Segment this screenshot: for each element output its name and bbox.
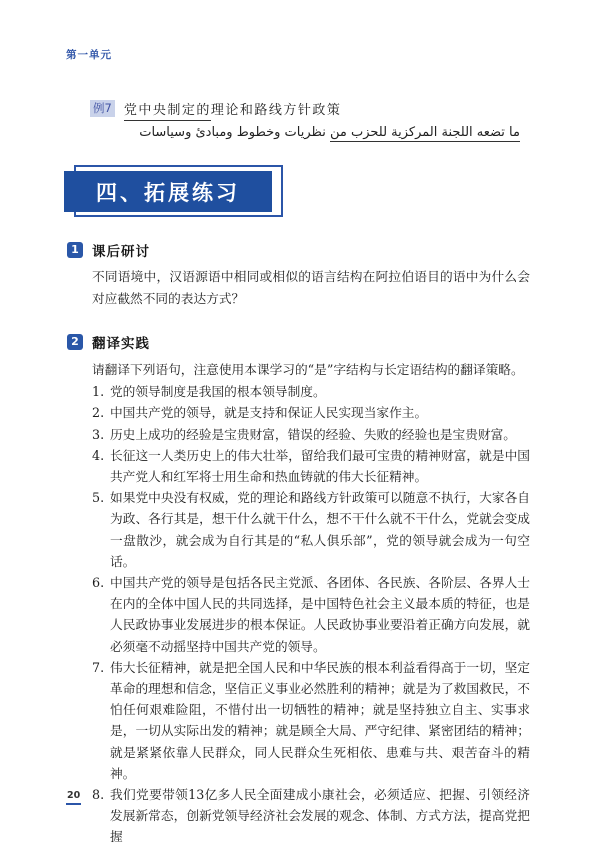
item-number: 3. — [92, 424, 110, 445]
example-chinese-text: 党中央制定的理论和路线方针政策 — [124, 99, 342, 118]
practice-header: 2 翻译实践 — [67, 332, 530, 352]
list-item: 8. 我们党要带领13亿多人民全面建成小康社会，必须适应、把握、引领经济发展新常… — [92, 784, 530, 848]
example-chinese-line: 例7 党中央制定的理论和路线方针政策 — [90, 99, 520, 118]
item-text: 如果党中央没有权威，党的理论和路线方针政策可以随意不执行，大家各自为政、各行其是… — [110, 487, 530, 572]
practice-title: 翻译实践 — [92, 332, 150, 352]
item-number: 7. — [92, 657, 110, 784]
item-number: 4. — [92, 445, 110, 487]
example-chinese-rest: 理论和路线方针政策 — [211, 103, 342, 118]
list-item: 6. 中国共产党的领导是包括各民主党派、各团体、各民族、各阶层、各界人士在内的全… — [92, 572, 530, 657]
item-number: 6. — [92, 572, 110, 657]
item-text: 中国共产党的领导，就是支持和保证人民实现当家作主。 — [110, 402, 530, 423]
example-arabic-line: ما تضعه اللجنة المركزية للحزب من نظريات … — [90, 125, 520, 140]
item-text: 历史上成功的经验是宝贵财富，错误的经验、失败的经验也是宝贵财富。 — [110, 424, 530, 445]
exercise-sections: 1 课后研讨 不同语境中，汉语源语中相同或相似的语言结构在阿拉伯语目的语中为什么… — [67, 240, 530, 848]
practice-number-badge: 2 — [67, 334, 83, 350]
practice-intro: 请翻译下列语句，注意使用本课学习的“是”字结构与长定语结构的翻译策略。 — [92, 359, 530, 380]
list-item: 4. 长征这一人类历史上的伟大壮举，留给我们最可宝贵的精神财富，就是中国共产党人… — [92, 445, 530, 487]
list-item: 7. 伟大长征精神，就是把全国人民和中华民族的根本利益看得高于一切，坚定革命的理… — [92, 657, 530, 784]
discussion-header: 1 课后研讨 — [67, 240, 530, 260]
example-chinese-underlined: 党中央制定的 — [124, 103, 211, 121]
item-text: 中国共产党的领导是包括各民主党派、各团体、各民族、各阶层、各界人士在内的全体中国… — [110, 572, 530, 657]
example-block: 例7 党中央制定的理论和路线方针政策 ما تضعه اللجنة المركز… — [90, 99, 520, 140]
list-item: 5. 如果党中央没有权威，党的理论和路线方针政策可以随意不执行，大家各自为政、各… — [92, 487, 530, 572]
item-number: 8. — [92, 784, 110, 848]
example-arabic-underlined: ما تضعه اللجنة المركزية للحزب من — [330, 125, 520, 142]
list-item: 3. 历史上成功的经验是宝贵财富，错误的经验、失败的经验也是宝贵财富。 — [92, 424, 530, 445]
practice-section: 2 翻译实践 请翻译下列语句，注意使用本课学习的“是”字结构与长定语结构的翻译策… — [67, 332, 530, 847]
item-text: 长征这一人类历史上的伟大壮举，留给我们最可宝贵的精神财富，就是中国共产党人和红军… — [110, 445, 530, 487]
list-item: 2. 中国共产党的领导，就是支持和保证人民实现当家作主。 — [92, 402, 530, 423]
discussion-number-badge: 1 — [67, 242, 83, 258]
textbook-page: 第一单元 例7 党中央制定的理论和路线方针政策 ما تضعه اللجنة ا… — [0, 0, 612, 852]
example-arabic-rest: نظريات وخطوط ومبادئ وسياسات — [139, 125, 330, 140]
item-text: 伟大长征精神，就是把全国人民和中华民族的根本利益看得高于一切，坚定革命的理想和信… — [110, 657, 530, 784]
practice-list: 1. 党的领导制度是我国的根本领导制度。 2. 中国共产党的领导，就是支持和保证… — [92, 381, 530, 847]
item-text: 党的领导制度是我国的根本领导制度。 — [110, 381, 530, 402]
discussion-section: 1 课后研讨 不同语境中，汉语源语中相同或相似的语言结构在阿拉伯语目的语中为什么… — [67, 240, 530, 309]
section-banner: 四、拓展练习 — [64, 171, 272, 212]
item-number: 1. — [92, 381, 110, 402]
item-number: 2. — [92, 402, 110, 423]
list-item: 1. 党的领导制度是我国的根本领导制度。 — [92, 381, 530, 402]
discussion-body: 不同语境中，汉语源语中相同或相似的语言结构在阿拉伯语目的语中为什么会对应截然不同… — [92, 266, 530, 309]
page-number: 20 — [66, 790, 81, 805]
example-number-badge: 例7 — [90, 100, 115, 117]
item-number: 5. — [92, 487, 110, 572]
discussion-title: 课后研讨 — [92, 240, 150, 260]
unit-header: 第一单元 — [66, 47, 112, 62]
item-text: 我们党要带领13亿多人民全面建成小康社会，必须适应、把握、引领经济发展新常态，创… — [110, 784, 530, 848]
